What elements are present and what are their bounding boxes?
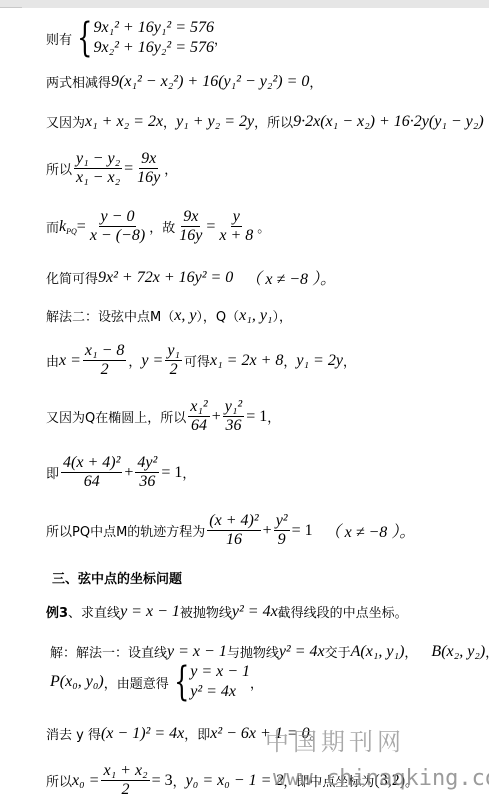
line-kpq: 而 kPQ = y − 0x − (−8) ，故 9x16y = yx + 8 … xyxy=(46,208,270,245)
text: 则有 xyxy=(46,29,72,48)
fraction: (x + 4)²16 xyxy=(207,512,260,549)
brace-icon: { xyxy=(77,18,92,58)
equation: 9x₂² + 16y₂² = 576 xyxy=(93,38,214,58)
fraction: y₁²36 xyxy=(223,398,244,435)
line-system-2: P(x₀, y₀) ，由题意得 { y = x − 1 y² = 4x ， xyxy=(50,662,263,702)
text: ， xyxy=(214,29,227,48)
equals: = xyxy=(124,160,133,178)
example-label: 例3 xyxy=(46,602,68,621)
line-method-two: 解法二：设弦中点M（ x, y ），Q（ x₁, y₁ ）， xyxy=(46,306,292,325)
fraction: yx + 8 xyxy=(217,208,255,245)
line-ellipse: 又因为Q在椭圆上，所以 x₁²64 + y₁²36 = 1 ， xyxy=(46,398,280,435)
text: 而 xyxy=(46,217,59,236)
line-system-1: 则有 { 9x₁² + 16y₁² = 576 9x₂² + 16y₂² = 5… xyxy=(46,18,227,58)
fraction: y²9 xyxy=(274,512,290,549)
line-namely: 即 4(x + 4)²64 + 4y²36 = 1 ， xyxy=(46,454,195,491)
fraction: 9x16y xyxy=(177,208,204,245)
brace-icon: { xyxy=(174,662,189,702)
fraction: y₁2 xyxy=(165,342,182,379)
watermark-cn: 中国期刊网 xyxy=(265,722,405,757)
equation-system: { y = x − 1 y² = 4x xyxy=(169,662,250,702)
fraction: 4(x + 4)²64 xyxy=(61,454,122,491)
text: 两式相减得 xyxy=(46,72,111,91)
fraction: y₁ − y₂x₁ − x₂ xyxy=(74,150,122,187)
line-solution-1: 解：解法一：设直线 y = x − 1 与抛物线 y² = 4x 交于 A(x₁… xyxy=(50,642,489,661)
viewer-top-bar xyxy=(0,0,489,8)
line-locus: 所以PQ中点M的轨迹方程为 (x + 4)²16 + y²9 = 1 （ x ≠… xyxy=(46,512,415,549)
fraction: 9x16y xyxy=(135,150,162,187)
section-heading: 三、弦中点的坐标问题 xyxy=(52,568,182,587)
equation: 9(x₁² − x₂²) + 16(y₁² − y₂²) = 0 xyxy=(111,73,309,91)
fraction: x₁²64 xyxy=(188,398,209,435)
equation: x₁ + x₂ = 2x xyxy=(85,113,163,131)
line-simplify: 化简可得 9x² + 72x + 16y² = 0 （ x ≠ −8 ）。 xyxy=(46,266,336,289)
ruler-tick xyxy=(0,7,22,8)
text: ， xyxy=(163,112,176,131)
text: 又因为 xyxy=(46,112,85,131)
text: ， xyxy=(309,72,322,91)
text: ，故 xyxy=(149,217,175,236)
line-sum: 又因为 x₁ + x₂ = 2x ， y₁ + y₂ = 2y ，所以 9·2x… xyxy=(46,112,489,131)
line-example-3: 例3 、求直线 y = x − 1 被抛物线 y² = 4x 截得线段的中点坐标… xyxy=(46,602,408,621)
condition: （ x ≠ −8 ）。 xyxy=(245,266,336,289)
equation-system: { 9x₁² + 16y₁² = 576 9x₂² + 16y₂² = 576 xyxy=(72,18,214,58)
fraction: x₁ + x₂2 xyxy=(101,762,149,797)
equation: 9x² + 72x + 16y² = 0 xyxy=(98,269,233,287)
line-subtract: 两式相减得 9(x₁² − x₂²) + 16(y₁² − y₂²) = 0 ， xyxy=(46,72,322,91)
equation: 9·2x(x₁ − x₂) + 16·2y(y₁ − y₂) = 0 xyxy=(293,113,489,131)
line-substitution: 由 x = x₁ − 82 ， y = y₁2 可得 x₁ = 2x + 8 ，… xyxy=(46,342,356,379)
fraction: 4y²36 xyxy=(135,454,159,491)
watermark-url: www.chinaqking.com xyxy=(273,766,489,791)
text: ，所以 xyxy=(254,112,293,131)
fraction: y − 0x − (−8) xyxy=(88,208,147,245)
text: ， xyxy=(164,159,177,178)
equation: 9x₁² + 16y₁² = 576 xyxy=(93,18,214,38)
equation: y₁ + y₂ = 2y xyxy=(176,113,254,131)
text: 化简可得 xyxy=(46,268,98,287)
line-slope-ratio: 所以 y₁ − y₂x₁ − x₂ = 9x16y ， xyxy=(46,150,177,187)
fraction: x₁ − 82 xyxy=(83,342,126,379)
text: 所以 xyxy=(46,159,72,178)
text: 。 xyxy=(257,217,270,236)
